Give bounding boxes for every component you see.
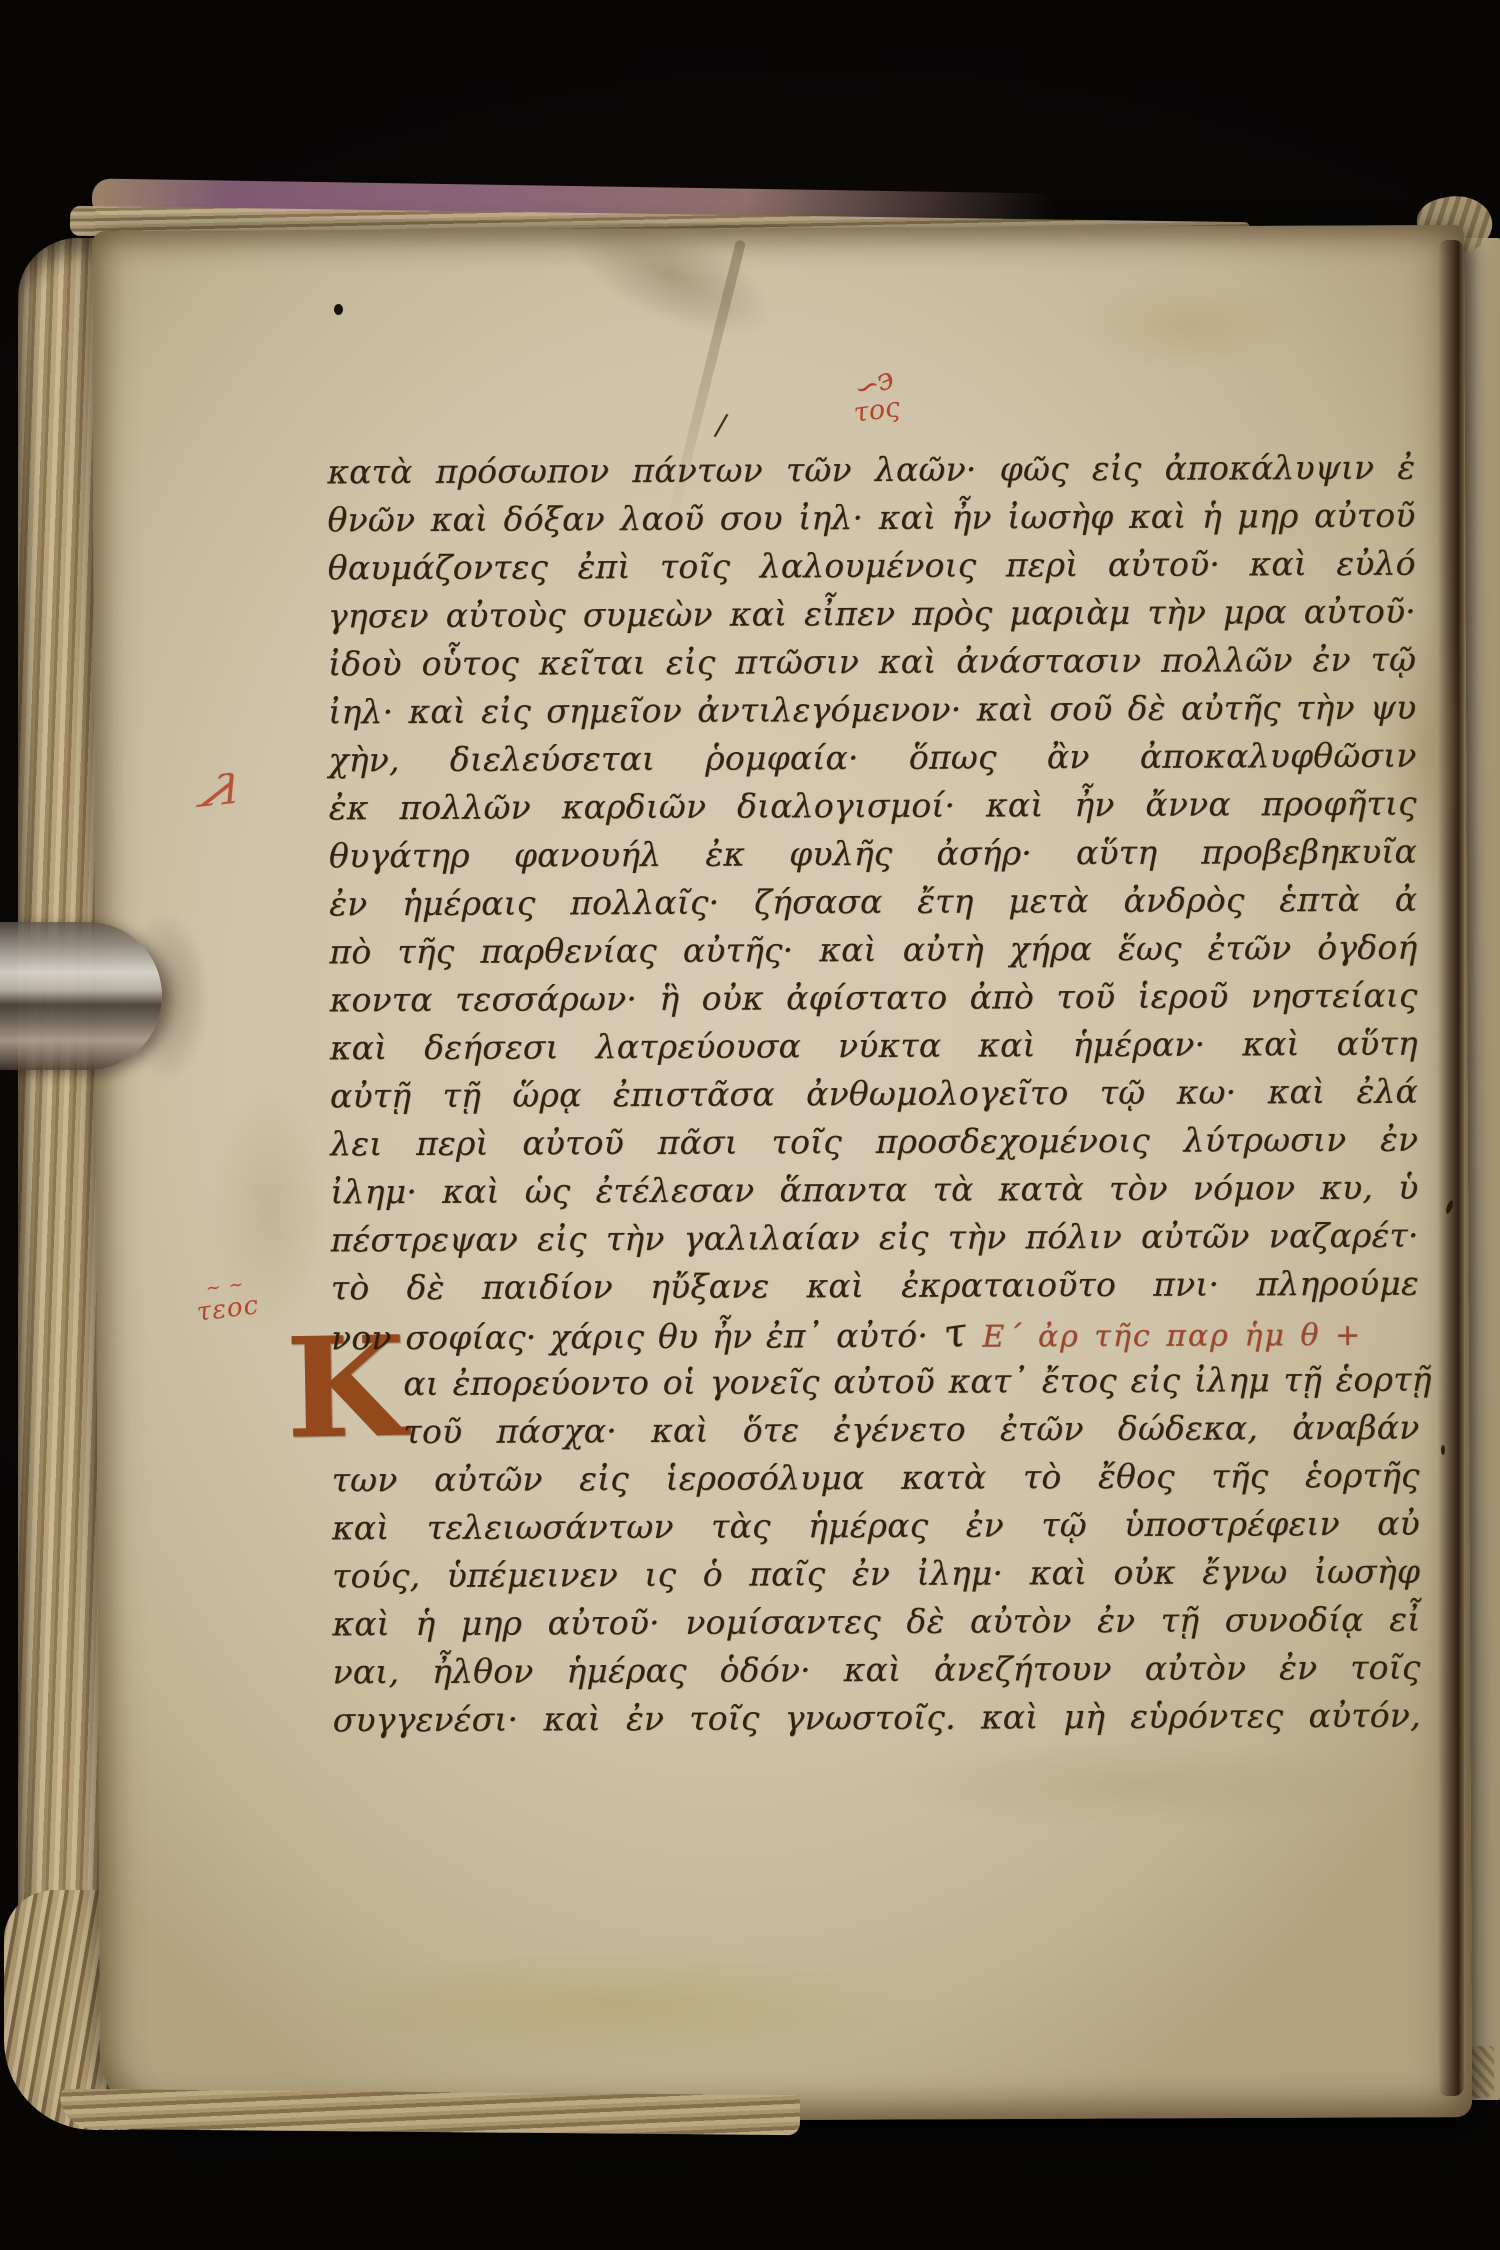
text-line: καὶ τελειωσάντων τὰς ἡμέρας ἐν τῷ ὑποστρ… — [332, 1500, 1420, 1553]
text-line: ἐν ἡμέραις πολλαῖς· ζήσασα ἔτη μετὰ ἀνδρ… — [329, 876, 1417, 929]
gutter-shadow — [1438, 240, 1464, 2096]
text-line: τοῦ πάσχα· καὶ ὅτε ἐγένετο ἐτῶν δώδεκα, … — [331, 1404, 1419, 1457]
text-line: πὸ τῆς παρθενίας αὐτῆς· καὶ αὐτὴ χήρα ἕω… — [329, 924, 1417, 977]
text-line: αὐτῇ τῇ ὥρᾳ ἐπιστᾶσα ἀνθωμολογεῖτο τῷ κω… — [330, 1068, 1418, 1121]
text-line: των αὐτῶν εἰς ἱεροσόλυμα κατὰ τὸ ἔθος τῆ… — [332, 1452, 1420, 1505]
text-line: τούς, ὑπέμεινεν ις ὁ παῖς ἐν ἰλημ· καὶ ο… — [332, 1548, 1420, 1601]
text-line: νον σοφίας· χάρις θυ ἦν ἐπ᾽ αὐτό· — [331, 1312, 928, 1363]
margin-note-top: ∽϶ τος — [849, 369, 902, 427]
text-line: κατὰ πρόσωπον πάντων τῶν λαῶν· φῶς εἰς ἀ… — [327, 444, 1415, 497]
text-block: κατὰ πρόσωπον πάντων τῶν λαῶν· φῶς εἰς ἀ… — [327, 444, 1421, 1745]
bottom-page-edges — [60, 2089, 800, 2135]
text-line: ναι, ἦλθον ἡμέρας ὁδόν· καὶ ἀνεζήτουν αὐ… — [332, 1644, 1420, 1697]
margin-telos-note: ∼ ∼ τεοϲ — [194, 1280, 261, 1327]
text-line: θυγάτηρ φανουήλ ἐκ φυλῆς ἀσήρ· αὕτη προβ… — [329, 828, 1417, 881]
page-weight-clip — [0, 922, 162, 1070]
text-line: λει περὶ αὐτοῦ πᾶσι τοῖς προσδεχομένοις … — [330, 1116, 1418, 1169]
text-line: τὸ δὲ παιδίον ηὔξανε καὶ ἐκραταιοῦτο πνι… — [331, 1260, 1419, 1313]
text-line: ἰλημ· καὶ ὡς ἐτέλεσαν ἅπαντα τὰ κατὰ τὸν… — [330, 1164, 1418, 1217]
text-line: πέστρεψαν εἰς τὴν γαλιλαίαν εἰς τὴν πόλι… — [331, 1212, 1419, 1265]
telos-flourish: τ — [941, 1308, 970, 1359]
text-line: αι ἐπορεύοντο οἱ γονεῖς αὐτοῦ κατ᾽ ἔτος … — [331, 1356, 1419, 1409]
lection-rubric: Ε΄ ἀρ τῆϲ παρ ἡμ θ + — [982, 1312, 1362, 1362]
text-line: ἐκ πολλῶν καρδιῶν διαλογισμοί· καὶ ἦν ἄν… — [329, 780, 1417, 833]
text-line: ἰδοὺ οὗτος κεῖται εἰς πτῶσιν καὶ ἀνάστασ… — [328, 636, 1416, 689]
text-line: ἰηλ· καὶ εἰς σημεῖον ἀντιλεγόμενον· καὶ … — [328, 684, 1416, 737]
ink-speck — [1441, 1445, 1445, 1455]
wormhole-speck — [334, 304, 343, 315]
text-line: θαυμάζοντες ἐπὶ τοῖς λαλουμένοις περὶ αὐ… — [328, 540, 1416, 593]
text-line-with-rubric: νον σοφίας· χάρις θυ ἦν ἐπ᾽ αὐτό· τ Ε΄ ἀ… — [331, 1308, 1419, 1361]
text-line: συγγενέσι· καὶ ἐν τοῖς γνωστοῖς. καὶ μὴ … — [333, 1692, 1421, 1745]
text-line: χὴν, διελεύσεται ῥομφαία· ὅπως ἂν ἀποκαλ… — [328, 732, 1416, 785]
manuscript-photo: ∽϶ τος ∕ λ ∼ ∼ τεοϲ Κ κατὰ πρόσωπον πάντ… — [0, 0, 1500, 2250]
text-line: γησεν αὐτοὺς συμεὼν καὶ εἶπεν πρὸς μαριὰ… — [328, 588, 1416, 641]
text-line: καὶ ἡ μηρ αὐτοῦ· νομίσαντες δὲ αὐτὸν ἐν … — [332, 1596, 1420, 1649]
text-line: θνῶν καὶ δόξαν λαοῦ σου ἰηλ· καὶ ἦν ἰωσὴ… — [327, 492, 1415, 545]
text-line: κοντα τεσσάρων· ἣ οὐκ ἀφίστατο ἀπὸ τοῦ ἱ… — [329, 972, 1417, 1025]
text-line: καὶ δεήσεσι λατρεύουσα νύκτα καὶ ἡμέραν·… — [330, 1020, 1418, 1073]
